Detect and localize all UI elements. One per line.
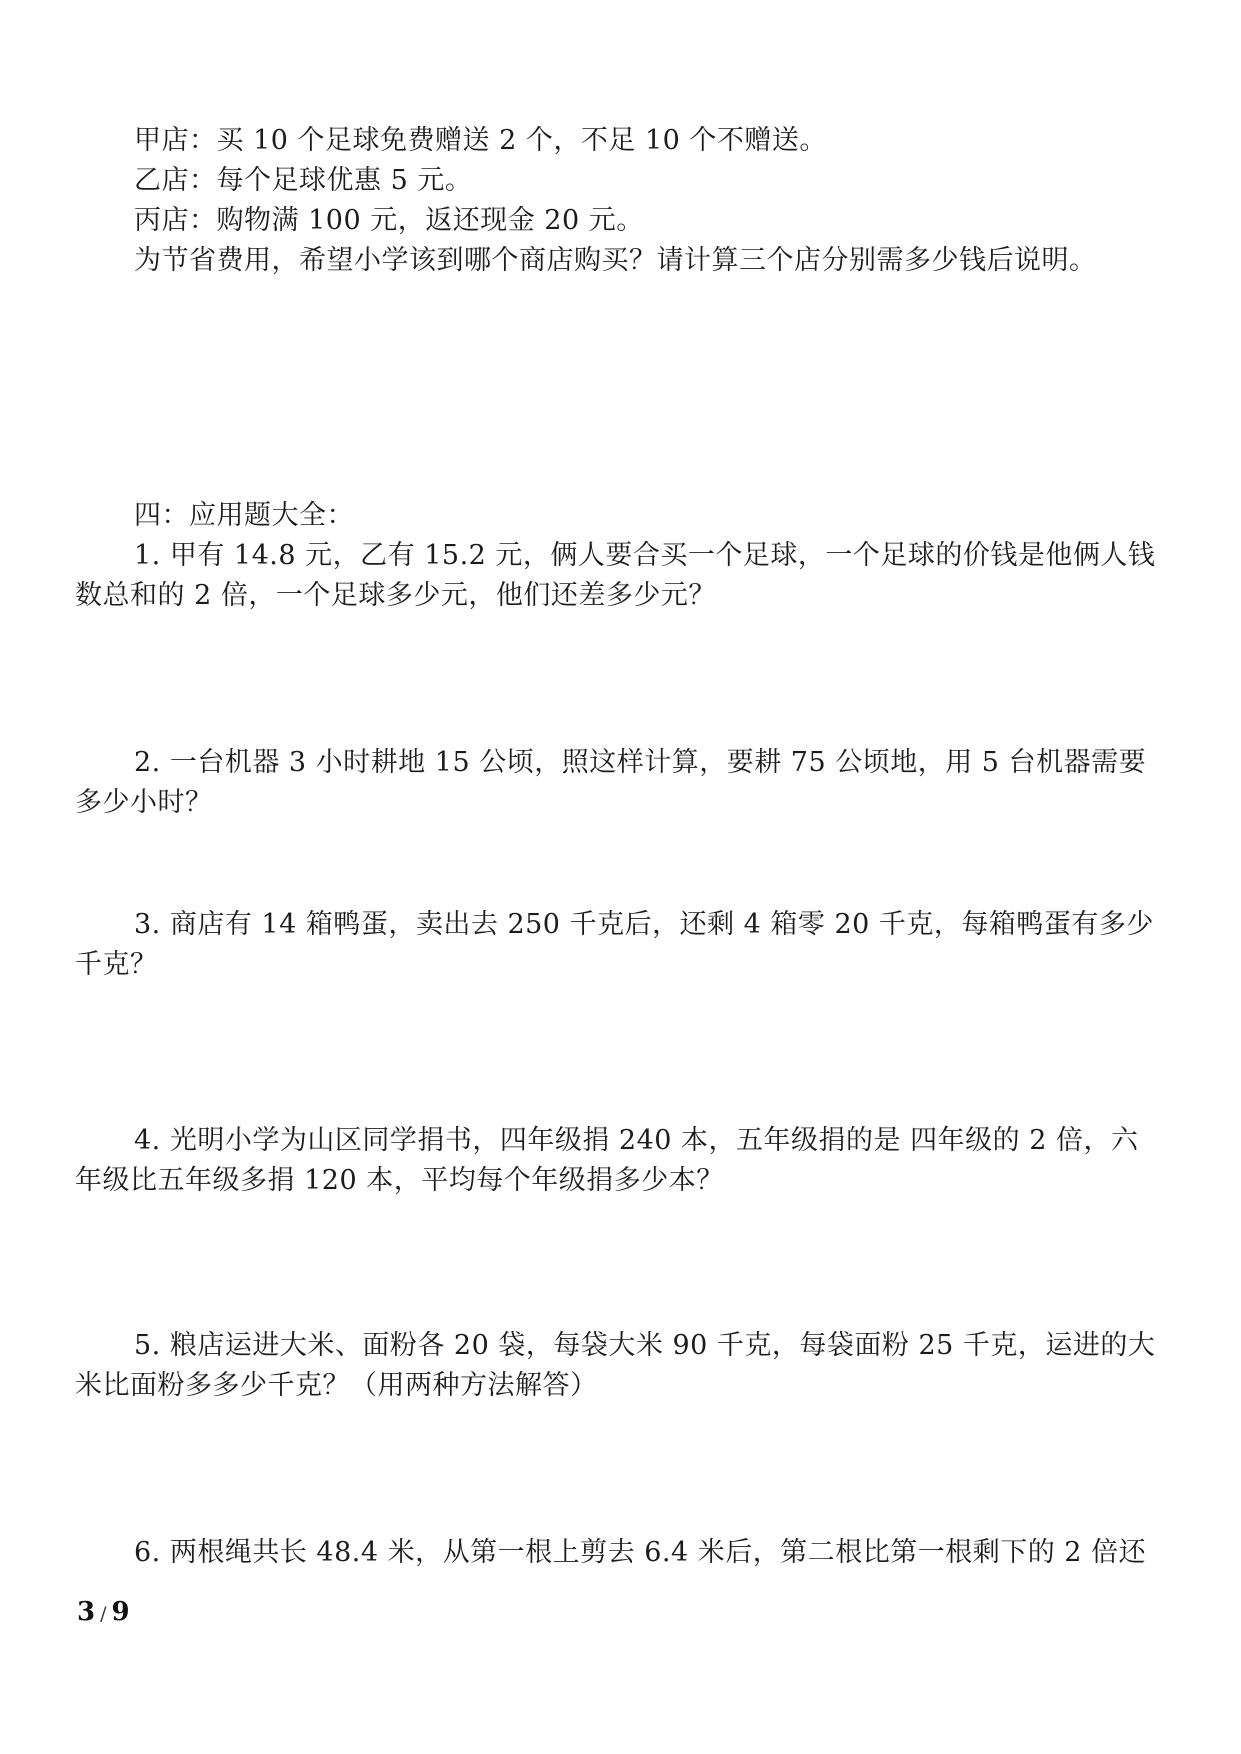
question-1: 1. 甲有 14.8 元，乙有 15.2 元，俩人要合买一个足球，一个足球的价钱… <box>75 536 1165 616</box>
store-problem-question: 为节省费用，希望小学该到哪个商店购买？请计算三个店分别需多少钱后说明。 <box>75 241 1165 281</box>
page-number-total: 9 <box>112 1597 130 1627</box>
section-title: 四：应用题大全： <box>75 496 1165 536</box>
store-option-yi: 乙店：每个足球优惠 5 元。 <box>75 161 1165 201</box>
page-number-separator: / <box>100 1603 106 1625</box>
worksheet-page: 甲店：买 10 个足球免费赠送 2 个，不足 10 个不赠送。 乙店：每个足球优… <box>0 0 1241 1754</box>
page-number: 3/9 <box>77 1597 130 1627</box>
question-6: 6. 两根绳共长 48.4 米，从第一根上剪去 6.4 米后，第二根比第一根剩下… <box>75 1533 1165 1573</box>
question-2: 2. 一台机器 3 小时耕地 15 公顷，照这样计算，要耕 75 公顷地，用 5… <box>75 743 1165 823</box>
page-number-current: 3 <box>77 1597 95 1627</box>
question-3: 3. 商店有 14 箱鸭蛋，卖出去 250 千克后，还剩 4 箱零 20 千克，… <box>75 905 1165 985</box>
store-option-jia: 甲店：买 10 个足球免费赠送 2 个，不足 10 个不赠送。 <box>75 121 1165 161</box>
store-option-bing: 丙店：购物满 100 元，返还现金 20 元。 <box>75 201 1165 241</box>
question-4: 4. 光明小学为山区同学捐书，四年级捐 240 本，五年级捐的是 四年级的 2 … <box>75 1121 1165 1201</box>
question-5: 5. 粮店运进大米、面粉各 20 袋，每袋大米 90 千克，每袋面粉 25 千克… <box>75 1326 1165 1406</box>
